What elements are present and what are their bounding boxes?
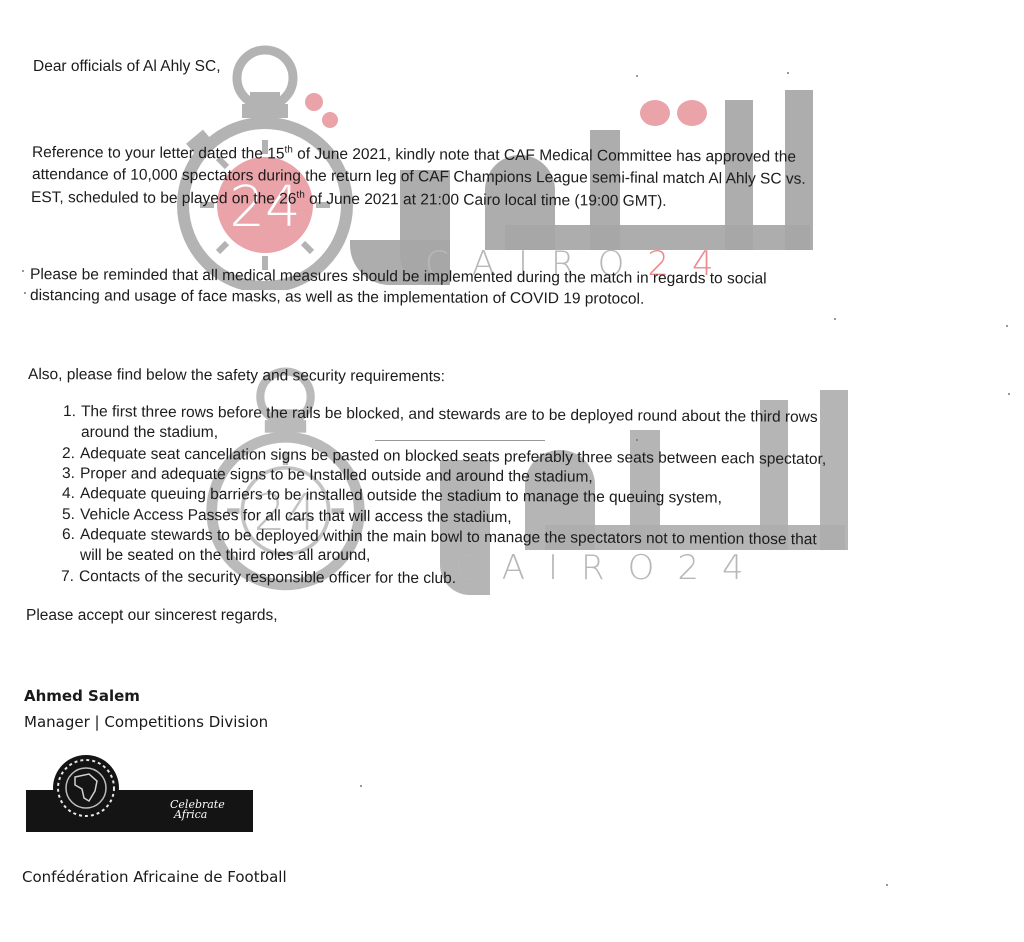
scan-line-artifact [375, 440, 545, 441]
signatory-name: Ahmed Salem [24, 687, 140, 705]
caf-logo: Celebrate Africa [20, 750, 260, 840]
scan-speck [24, 292, 26, 294]
scan-speck [1006, 325, 1008, 327]
paragraph-medical-line-2: distancing and usage of face masks, as w… [30, 287, 644, 309]
paragraph-reference-line-3: EST, scheduled to be played on the 26th … [31, 189, 667, 211]
closing: Please accept our sincerest regards, [26, 607, 278, 625]
list-item: 7.Contacts of the security responsible o… [61, 568, 456, 588]
list-item: 4.Adequate queuing barriers to be instal… [62, 485, 722, 508]
list-item: 3.Proper and adequate signs to be Instal… [62, 465, 593, 487]
organization-name: Confédération Africaine de Football [22, 868, 287, 886]
scan-speck [22, 270, 24, 272]
scan-speck [1008, 393, 1010, 395]
scan-speck [834, 318, 836, 320]
paragraph-requirements-intro: Also, please find below the safety and s… [28, 366, 445, 386]
scan-speck [636, 75, 638, 77]
watermark-brand-text: CAIRO24 [455, 548, 767, 588]
signatory-title: Manager | Competitions Division [24, 713, 268, 731]
paragraph-reference-line-1: Reference to your letter dated the 15th … [32, 144, 796, 167]
stopwatch-icon: 24 [170, 40, 370, 290]
scan-speck [886, 884, 888, 886]
scan-speck [787, 72, 789, 74]
scan-speck [636, 439, 638, 441]
salutation: Dear officials of Al Ahly SC, [33, 58, 221, 76]
list-item-continuation: will be seated on the third roles all ar… [80, 547, 370, 565]
list-item-continuation: around the stadium, [81, 424, 218, 442]
list-item: 5.Vehicle Access Passes for all cars tha… [62, 506, 512, 527]
scan-speck [360, 785, 362, 787]
logo-slogan: Celebrate Africa [170, 800, 225, 820]
letter-page: 24 CAIRO24 24 [0, 0, 1024, 942]
list-item: 6.Adequate stewards to be deployed withi… [62, 526, 817, 549]
paragraph-medical-line-1: Please be reminded that all medical meas… [30, 266, 767, 288]
paragraph-reference-line-2: attendance of 10,000 spectators during t… [32, 166, 806, 189]
africa-globe-icon [53, 755, 119, 821]
